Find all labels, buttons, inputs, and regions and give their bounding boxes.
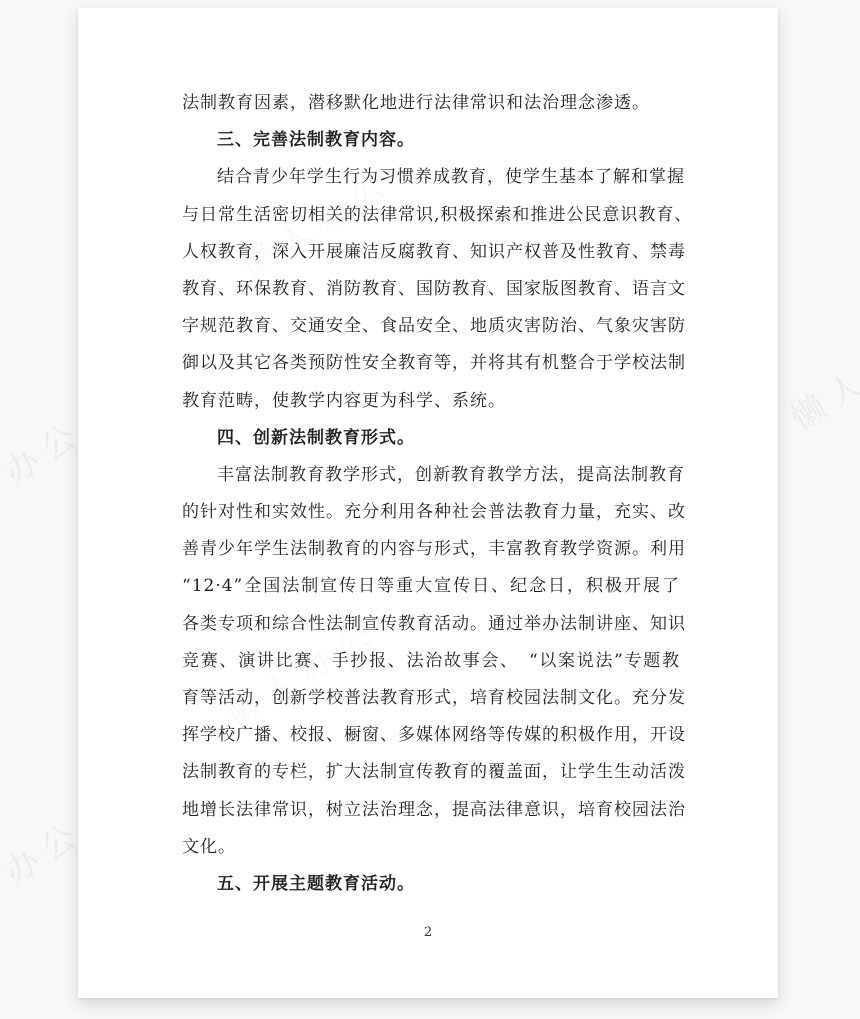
- paragraph-body: 结合青少年学生行为习惯养成教育，使学生基本了解和掌握与日常生活密切相关的法律常识…: [182, 159, 680, 419]
- text-line: 与日常生活密切相关的法律常识,积极探索和推进公民意识教育、: [182, 197, 680, 234]
- text-line: 挥学校广播、校报、橱窗、多媒体网络等传媒的积极作用，开设: [182, 717, 680, 754]
- text-line: 法制教育的专栏，扩大法制宣传教育的覆盖面，让学生生动活泼: [182, 754, 680, 791]
- paragraph-body: 丰富法制教育教学形式，创新教育教学方法，提高法制教育的针对性和实效性。充分利用各…: [182, 457, 680, 866]
- text-line: 育等活动，创新学校普法教育形式，培育校园法制文化。充分发: [182, 680, 680, 717]
- text-line: 的针对性和实效性。充分利用各种社会普法教育力量，充实、改: [182, 494, 680, 531]
- paragraph-heading: 五、开展主题教育活动。: [182, 866, 680, 903]
- paragraph-heading: 三、完善法制教育内容。: [182, 122, 680, 159]
- text-line: 法制教育因素，潜移默化地进行法律常识和法治理念渗透。: [182, 85, 680, 122]
- text-line: 三、完善法制教育内容。: [182, 122, 680, 159]
- text-line: 各类专项和综合性法制宣传教育活动。通过举办法制讲座、知识: [182, 606, 680, 643]
- text-line: 教育范畴，使教学内容更为科学、系统。: [182, 383, 680, 420]
- document-body: 法制教育因素，潜移默化地进行法律常识和法治理念渗透。三、完善法制教育内容。结合青…: [182, 85, 680, 903]
- text-line: 善青少年学生法制教育的内容与形式，丰富教育教学资源。利用: [182, 531, 680, 568]
- text-line: 教育、环保教育、消防教育、国防教育、国家版图教育、语言文: [182, 271, 680, 308]
- app-background: 懒人 办公 办公 懒人办公 懒人办公 法制教育因素，潜移默化地进行法律常识和法治…: [0, 0, 860, 1019]
- text-line: 竞赛、演讲比赛、手抄报、法治故事会、 “以案说法”专题教: [182, 643, 680, 680]
- text-line: 字规范教育、交通安全、食品安全、地质灾害防治、气象灾害防: [182, 308, 680, 345]
- paragraph-continuation: 法制教育因素，潜移默化地进行法律常识和法治理念渗透。: [182, 85, 680, 122]
- page-number: 2: [78, 925, 778, 940]
- text-line: 五、开展主题教育活动。: [182, 866, 680, 903]
- text-line: 御以及其它各类预防性安全教育等，并将其有机整合于学校法制: [182, 345, 680, 382]
- text-line: “12·4”全国法制宣传日等重大宣传日、纪念日，积极开展了: [182, 568, 680, 605]
- paragraph-heading: 四、创新法制教育形式。: [182, 420, 680, 457]
- watermark: 懒人: [780, 353, 860, 440]
- text-line: 地增长法律常识，树立法治理念，提高法律意识，培育校园法治: [182, 792, 680, 829]
- text-line: 文化。: [182, 829, 680, 866]
- text-line: 人权教育，深入开展廉洁反腐教育、知识产权普及性教育、禁毒: [182, 234, 680, 271]
- text-line: 结合青少年学生行为习惯养成教育，使学生基本了解和掌握: [182, 159, 680, 196]
- text-line: 四、创新法制教育形式。: [182, 420, 680, 457]
- text-line: 丰富法制教育教学形式，创新教育教学方法，提高法制教育: [182, 457, 680, 494]
